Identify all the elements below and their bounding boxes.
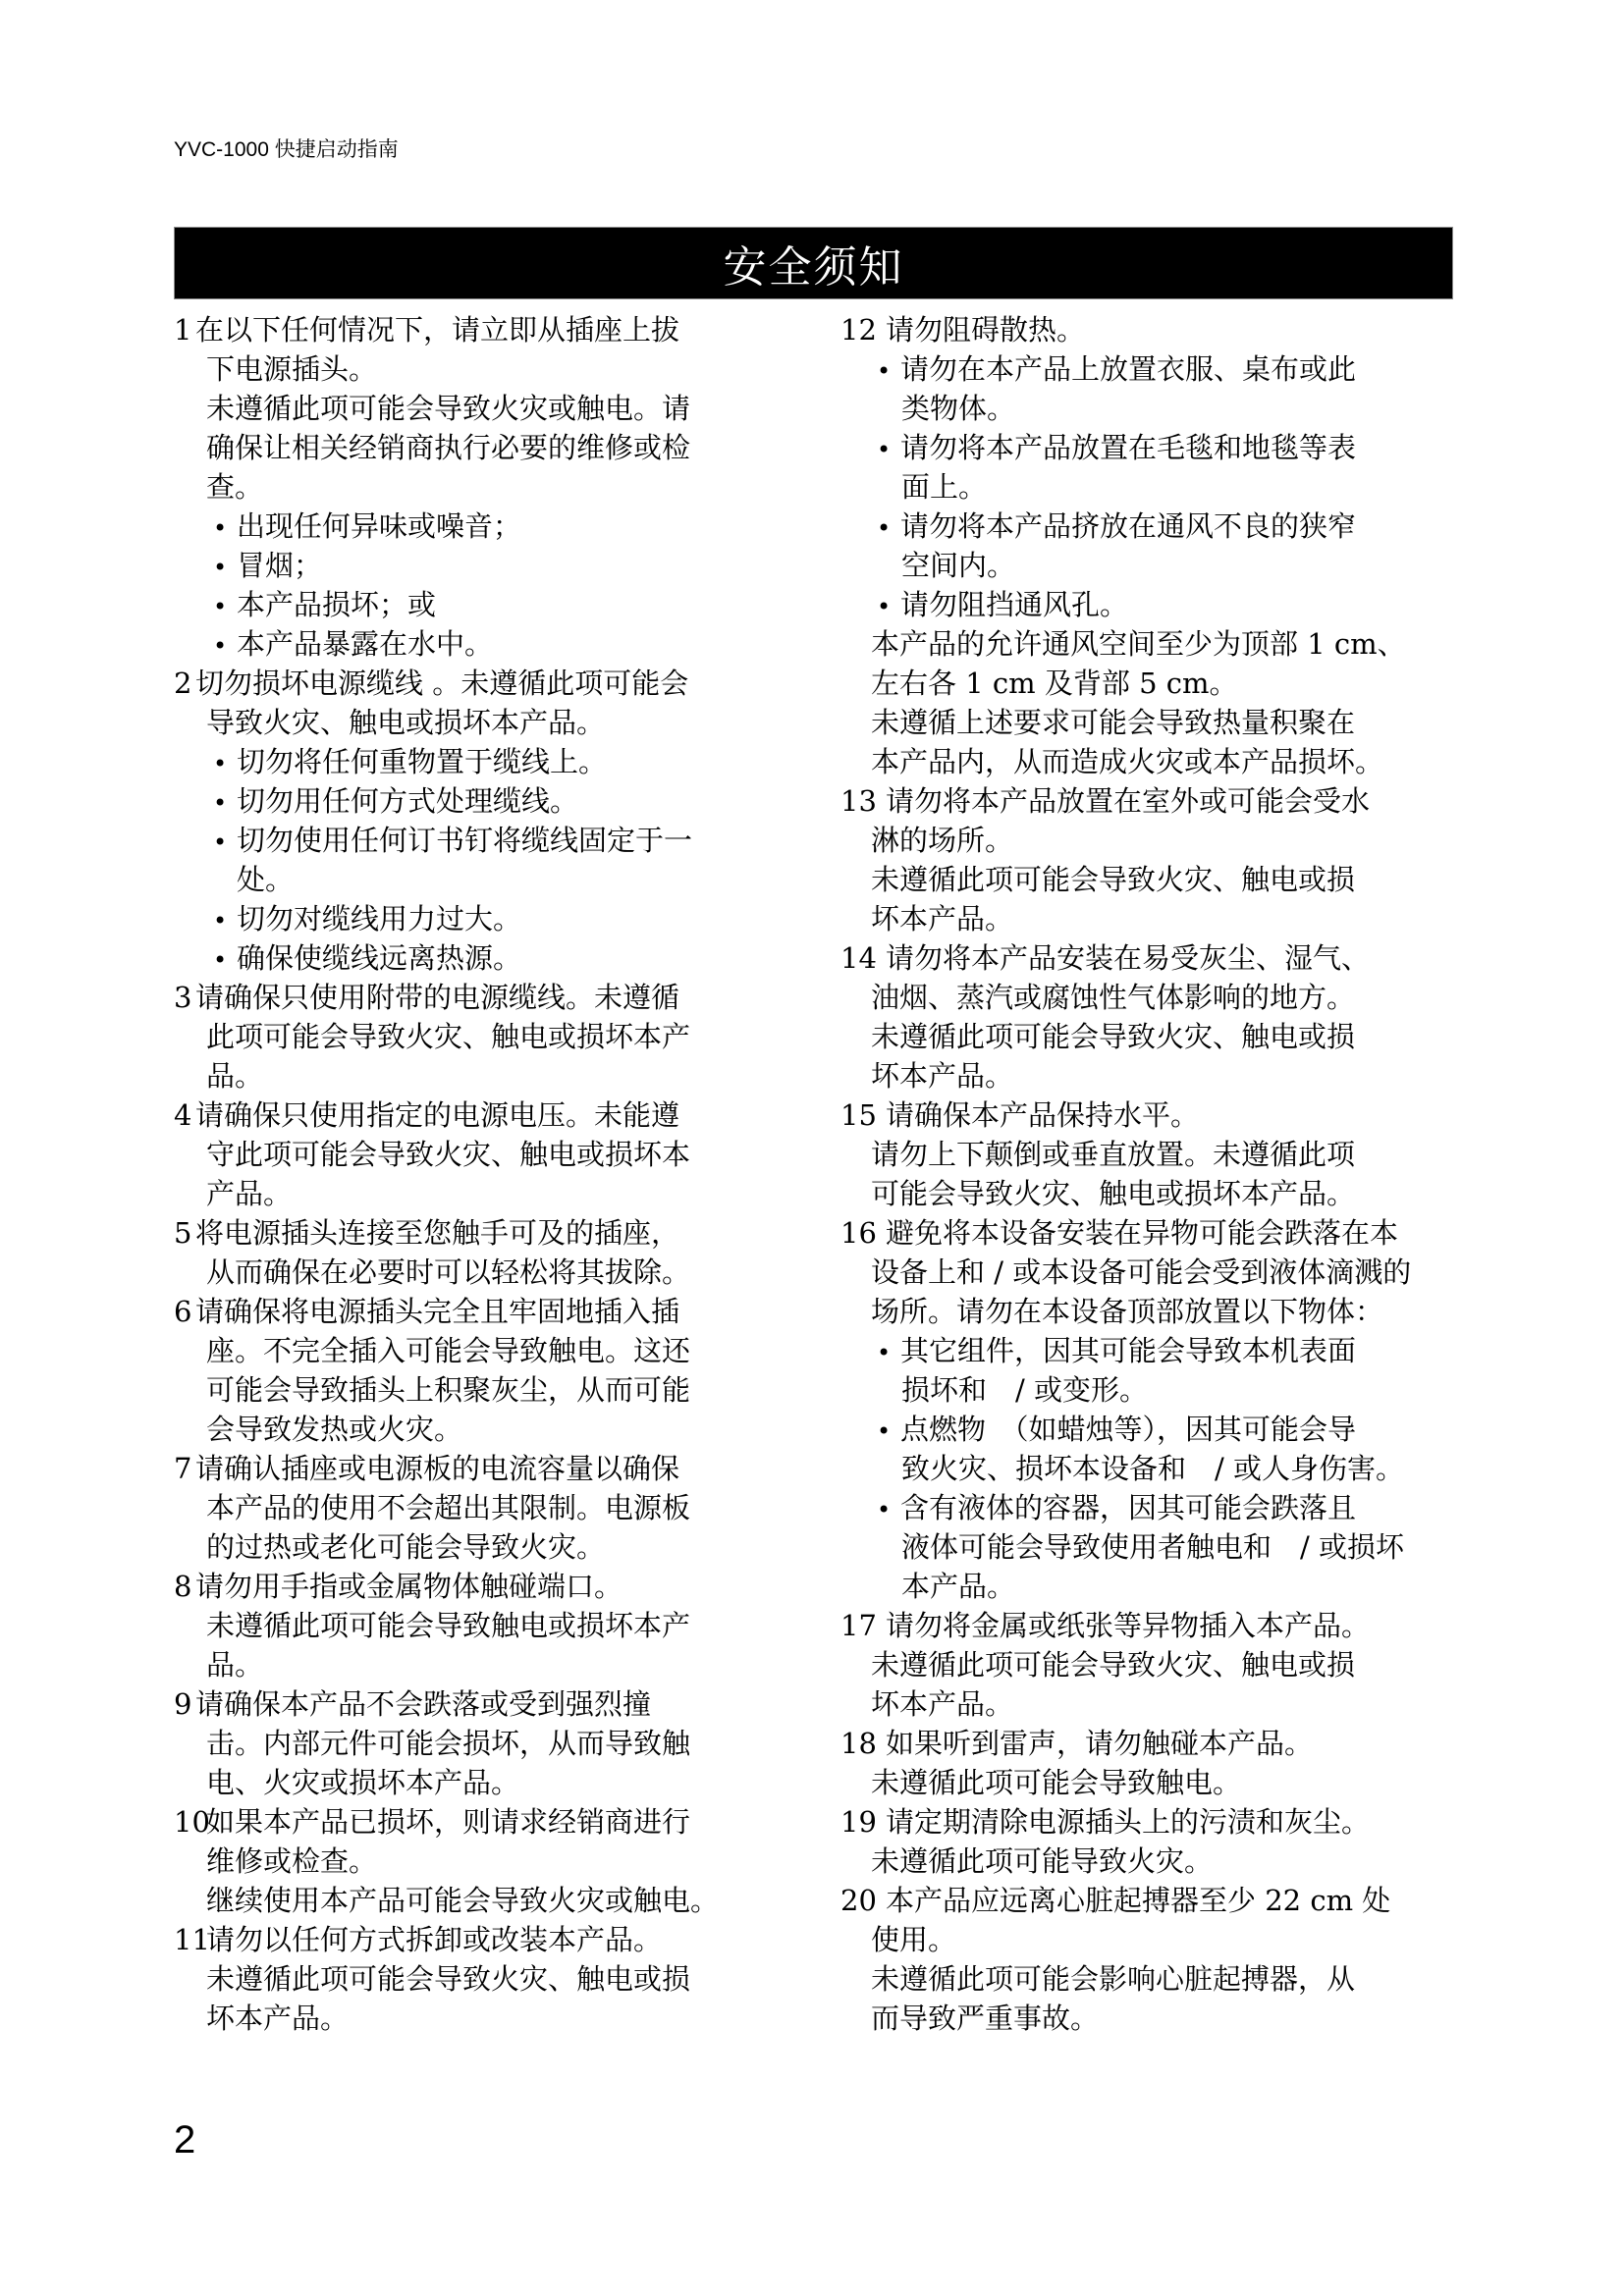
bullet-text: 类物体。 [901,392,1015,425]
bullet-item: 类物体。 [840,389,1489,428]
bullet-item: •点燃物 （如蜡烛等），因其可能会导 [840,1410,1489,1449]
safety-item: 18如果听到雷声，请勿触碰本产品。未遵循此项可能会导致触电。 [840,1724,1489,1802]
bullet-item: 处。 [174,860,802,899]
item-number: 11 [174,1920,206,1959]
item-text-continued: 守此项可能会导致火灾、触电或损坏本 [174,1135,802,1174]
item-text: 使用。 [871,1923,956,1956]
item-text-continued: 淋的场所。 [840,821,1489,860]
left-column: 1在以下任何情况下，请立即从插座上拔下电源插头。未遵循此项可能会导致火灾或触电。… [174,310,802,2038]
item-text: 守此项可能会导致火灾、触电或损坏本 [206,1138,690,1171]
item-text: 可能会导致插头上积聚灰尘，从而可能 [206,1373,690,1407]
item-first-line: 15请确保本产品保持水平。 [840,1095,1489,1135]
bullet-text: 面上。 [901,470,987,504]
item-text-continued: 油烟、蒸汽或腐蚀性气体影响的地方。 [840,978,1489,1017]
item-note: 坏本产品。 [840,1056,1489,1095]
item-first-line: 1在以下任何情况下，请立即从插座上拔 [174,310,802,349]
bullet-icon: • [213,626,237,666]
item-number: 8 [174,1567,195,1606]
item-first-line: 20本产品应远离心脏起搏器至少 22 cm 处 [840,1881,1489,1920]
item-note: 未遵循此项可能会导致火灾、触电或损 [840,1017,1489,1056]
bullet-text: 点燃物 （如蜡烛等），因其可能会导 [900,1413,1356,1446]
bullet-item: 损坏和 / 或变形。 [840,1370,1489,1410]
item-text: 请确保只使用指定的电源电压。未能遵 [195,1098,679,1132]
bullet-icon: • [213,940,237,980]
item-text: 会导致发热或火灾。 [206,1413,462,1446]
item-text-continued: 此项可能会导致火灾、触电或损坏本产 [174,1017,802,1056]
item-number: 19 [840,1802,886,1842]
item-text: 请确保将电源插头完全且牢固地插入插 [195,1295,679,1328]
item-text: 请勿用手指或金属物体触碰端口。 [195,1570,623,1603]
bullet-text: 液体可能会导致使用者触电和 / 或损坏 [901,1530,1404,1564]
bullet-text: 请勿阻挡通风孔。 [900,588,1128,621]
item-text: 产品。 [206,1177,292,1210]
bullet-icon: • [877,508,900,548]
item-first-line: 12请勿阻碍散热。 [840,310,1489,349]
bullet-item: •含有液体的容器，因其可能会跌落且 [840,1488,1489,1527]
item-note: 品。 [174,1645,802,1684]
safety-item: 12请勿阻碍散热。•请勿在本产品上放置衣服、桌布或此类物体。•请勿将本产品放置在… [840,310,1489,781]
safety-item: 5将电源插头连接至您触手可及的插座，从而确保在必要时可以轻松将其拔除。 [174,1213,802,1292]
bullet-text: 其它组件，因其可能会导致本机表面 [900,1334,1356,1367]
item-text: 避免将本设备安装在异物可能会跌落在本 [886,1216,1398,1250]
bullet-text: 确保使缆线远离热源。 [237,941,521,975]
item-number: 6 [174,1292,195,1331]
item-note: 未遵循此项可能会导致火灾、触电或损 [840,1645,1489,1684]
bullet-icon: • [877,351,900,391]
item-text: 此项可能会导致火灾、触电或损坏本产 [206,1020,690,1053]
safety-item: 6请确保将电源插头完全且牢固地插入插座。不完全插入可能会导致触电。这还可能会导致… [174,1292,802,1449]
item-first-line: 14请勿将本产品安装在易受灰尘、湿气、 [840,938,1489,978]
item-text: 请确认插座或电源板的电流容量以确保 [195,1452,679,1485]
safety-item: 20本产品应远离心脏起搏器至少 22 cm 处使用。未遵循此项可能会影响心脏起搏… [840,1881,1489,2038]
bullet-item: •切勿对缆线用力过大。 [174,899,802,938]
bullet-icon: • [213,783,237,823]
safety-item: 13请勿将本产品放置在室外或可能会受水淋的场所。未遵循此项可能会导致火灾、触电或… [840,781,1489,938]
bullet-item: •请勿将本产品放置在毛毯和地毯等表 [840,428,1489,467]
bullet-text: 切勿用任何方式处理缆线。 [237,784,578,818]
item-text: 维修或检查。 [206,1844,377,1878]
bullet-text: 处。 [237,863,294,896]
item-text-continued: 维修或检查。 [174,1842,802,1881]
bullet-text: 空间内。 [901,549,1015,582]
item-first-line: 17请勿将金属或纸张等异物插入本产品。 [840,1606,1489,1645]
item-text-continued: 的过热或老化可能会导致火灾。 [174,1527,802,1567]
item-text: 如果本产品已损坏，则请求经销商进行 [206,1805,690,1839]
bullet-icon: • [213,548,237,587]
item-text-continued: 击。内部元件可能会损坏，从而导致触 [174,1724,802,1763]
item-note: 未遵循此项可能会导致触电或损坏本产 [174,1606,802,1645]
item-text: 请勿将本产品放置在室外或可能会受水 [886,784,1370,818]
item-text-continued: 本产品的使用不会超出其限制。电源板 [174,1488,802,1527]
item-number: 16 [840,1213,886,1253]
bullet-item: 空间内。 [840,546,1489,585]
safety-item: 17请勿将金属或纸张等异物插入本产品。未遵循此项可能会导致火灾、触电或损坏本产品… [840,1606,1489,1724]
item-first-line: 11请勿以任何方式拆卸或改装本产品。 [174,1920,802,1959]
item-first-line: 8请勿用手指或金属物体触碰端口。 [174,1567,802,1606]
safety-item: 16避免将本设备安装在异物可能会跌落在本设备上和 / 或本设备可能会受到液体滴溅… [840,1213,1489,1606]
item-note: 继续使用本产品可能会导致火灾或触电。 [174,1881,802,1920]
item-number: 20 [840,1881,886,1920]
item-note: 未遵循此项可能会导致火灾或触电。请 [174,389,802,428]
item-text-continued: 使用。 [840,1920,1489,1959]
item-number: 2 [174,664,195,703]
safety-item: 3请确保只使用附带的电源缆线。未遵循此项可能会导致火灾、触电或损坏本产品。 [174,978,802,1095]
item-first-line: 2切勿损坏电源缆线 。未遵循此项可能会 [174,664,802,703]
item-text: 的过热或老化可能会导致火灾。 [206,1530,605,1564]
item-text: 油烟、蒸汽或腐蚀性气体影响的地方。 [871,981,1355,1014]
bullet-icon: • [213,508,237,548]
item-number: 4 [174,1095,195,1135]
item-number: 5 [174,1213,195,1253]
bullet-icon: • [877,1333,900,1372]
item-number: 18 [840,1724,886,1763]
item-number: 12 [840,310,886,349]
bullet-item: •请勿阻挡通风孔。 [840,585,1489,624]
item-first-line: 9请确保本产品不会跌落或受到强烈撞 [174,1684,802,1724]
item-note: 坏本产品。 [840,899,1489,938]
item-text: 导致火灾、触电或损坏本产品。 [206,706,605,739]
bullet-text: 请勿将本产品挤放在通风不良的狭窄 [900,509,1356,543]
item-first-line: 4请确保只使用指定的电源电压。未能遵 [174,1095,802,1135]
item-text: 本产品应远离心脏起搏器至少 22 cm 处 [886,1884,1390,1917]
bullet-text: 本产品暴露在水中。 [237,627,493,661]
safety-item: 7请确认插座或电源板的电流容量以确保本产品的使用不会超出其限制。电源板的过热或老… [174,1449,802,1567]
item-number: 17 [840,1606,886,1645]
item-text: 品。 [206,1059,263,1093]
section-title: 安全须知 [724,232,904,294]
item-text: 座。不完全插入可能会导致触电。这还 [206,1334,690,1367]
item-text: 请勿以任何方式拆卸或改装本产品。 [206,1923,662,1956]
bullet-item: 致火灾、损坏本设备和 / 或人身伤害。 [840,1449,1489,1488]
item-text-continued: 设备上和 / 或本设备可能会受到液体滴溅的 [840,1253,1489,1292]
item-number: 14 [840,938,886,978]
item-note: 左右各 1 cm 及背部 5 cm。 [840,664,1489,703]
item-note: 本产品内，从而造成火灾或本产品损坏。 [840,742,1489,781]
item-text: 请勿将金属或纸张等异物插入本产品。 [886,1609,1370,1642]
item-text-continued: 下电源插头。 [174,349,802,389]
item-text-continued: 座。不完全插入可能会导致触电。这还 [174,1331,802,1370]
bullet-item: 本产品。 [840,1567,1489,1606]
item-text-continued: 电、火灾或损坏本产品。 [174,1763,802,1802]
bullet-text: 请勿在本产品上放置衣服、桌布或此 [900,352,1356,386]
item-first-line: 6请确保将电源插头完全且牢固地插入插 [174,1292,802,1331]
bullet-icon: • [213,901,237,940]
item-number: 10 [174,1802,206,1842]
item-text: 场所。请勿在本设备顶部放置以下物体： [871,1295,1383,1328]
item-text-continued: 品。 [174,1056,802,1095]
safety-item: 1在以下任何情况下，请立即从插座上拔下电源插头。未遵循此项可能会导致火灾或触电。… [174,310,802,664]
item-text: 如果听到雷声，请勿触碰本产品。 [886,1727,1313,1760]
section-title-bar: 安全须知 [174,227,1453,299]
item-note: 未遵循此项可能导致火灾。 [840,1842,1489,1881]
item-text: 从而确保在必要时可以轻松将其拔除。 [206,1255,690,1289]
safety-item: 11请勿以任何方式拆卸或改装本产品。未遵循此项可能会导致火灾、触电或损坏本产品。 [174,1920,802,2038]
right-column: 12请勿阻碍散热。•请勿在本产品上放置衣服、桌布或此类物体。•请勿将本产品放置在… [840,310,1489,2038]
item-text: 击。内部元件可能会损坏，从而导致触 [206,1727,690,1760]
item-note: 未遵循此项可能会导致火灾、触电或损 [174,1959,802,1999]
item-text-continued: 会导致发热或火灾。 [174,1410,802,1449]
bullet-text: 损坏和 / 或变形。 [901,1373,1148,1407]
item-note: 可能会导致火灾、触电或损坏本产品。 [840,1174,1489,1213]
safety-item: 9请确保本产品不会跌落或受到强烈撞击。内部元件可能会损坏，从而导致触电、火灾或损… [174,1684,802,1802]
safety-item: 15请确保本产品保持水平。请勿上下颠倒或垂直放置。未遵循此项可能会导致火灾、触电… [840,1095,1489,1213]
bullet-item: •本产品暴露在水中。 [174,624,802,664]
bullet-item: •切勿用任何方式处理缆线。 [174,781,802,821]
item-text: 本产品的使用不会超出其限制。电源板 [206,1491,690,1524]
item-text: 淋的场所。 [871,824,1013,857]
item-first-line: 3请确保只使用附带的电源缆线。未遵循 [174,978,802,1017]
item-number: 3 [174,978,195,1017]
bullet-icon: • [877,430,900,469]
item-number: 7 [174,1449,195,1488]
bullet-text: 本产品。 [901,1570,1015,1603]
item-first-line: 7请确认插座或电源板的电流容量以确保 [174,1449,802,1488]
bullet-item: 液体可能会导致使用者触电和 / 或损坏 [840,1527,1489,1567]
item-note: 请勿上下颠倒或垂直放置。未遵循此项 [840,1135,1489,1174]
bullet-text: 切勿对缆线用力过大。 [237,902,521,935]
bullet-text: 致火灾、损坏本设备和 / 或人身伤害。 [901,1452,1404,1485]
item-text: 请勿阻碍散热。 [886,313,1085,347]
item-first-line: 13请勿将本产品放置在室外或可能会受水 [840,781,1489,821]
item-text-continued: 产品。 [174,1174,802,1213]
item-text: 请定期清除电源插头上的污渍和灰尘。 [886,1805,1370,1839]
item-note: 查。 [174,467,802,507]
bullet-icon: • [877,1490,900,1529]
item-number: 1 [174,310,195,349]
item-text: 切勿损坏电源缆线 。未遵循此项可能会 [195,667,688,700]
item-text: 请确保本产品保持水平。 [886,1098,1199,1132]
item-text: 请勿将本产品安装在易受灰尘、湿气、 [886,941,1370,975]
bullet-icon: • [213,744,237,783]
running-head: YVC-1000 快捷启动指南 [174,133,399,163]
item-note: 而导致严重事故。 [840,1999,1489,2038]
item-note: 未遵循上述要求可能会导致热量积聚在 [840,703,1489,742]
item-text: 设备上和 / 或本设备可能会受到液体滴溅的 [871,1255,1411,1289]
item-number: 13 [840,781,886,821]
bullet-icon: • [213,587,237,626]
safety-item: 4请确保只使用指定的电源电压。未能遵守此项可能会导致火灾、触电或损坏本产品。 [174,1095,802,1213]
item-note: 未遵循此项可能会导致触电。 [840,1763,1489,1802]
item-text-continued: 从而确保在必要时可以轻松将其拔除。 [174,1253,802,1292]
item-note: 未遵循此项可能会导致火灾、触电或损 [840,860,1489,899]
item-text: 下电源插头。 [206,352,377,386]
item-first-line: 16避免将本设备安装在异物可能会跌落在本 [840,1213,1489,1253]
bullet-item: •请勿在本产品上放置衣服、桌布或此 [840,349,1489,389]
bullet-item: •本产品损坏；或 [174,585,802,624]
bullet-text: 冒烟； [237,549,322,582]
item-text: 电、火灾或损坏本产品。 [206,1766,519,1799]
item-number: 9 [174,1684,195,1724]
bullet-item: •切勿使用任何订书钉将缆线固定于一 [174,821,802,860]
item-text-continued: 导致火灾、触电或损坏本产品。 [174,703,802,742]
item-first-line: 19请定期清除电源插头上的污渍和灰尘。 [840,1802,1489,1842]
bullet-text: 请勿将本产品放置在毛毯和地毯等表 [900,431,1356,464]
bullet-icon: • [877,1412,900,1451]
bullet-text: 含有液体的容器，因其可能会跌落且 [900,1491,1356,1524]
bullet-text: 出现任何异味或噪音； [237,509,521,543]
safety-item: 2切勿损坏电源缆线 。未遵循此项可能会导致火灾、触电或损坏本产品。•切勿将任何重… [174,664,802,978]
item-text: 在以下任何情况下，请立即从插座上拔 [195,313,679,347]
item-text-continued: 可能会导致插头上积聚灰尘，从而可能 [174,1370,802,1410]
item-text: 请确保本产品不会跌落或受到强烈撞 [195,1687,651,1721]
bullet-item: •其它组件，因其可能会导致本机表面 [840,1331,1489,1370]
item-text: 将电源插头连接至您触手可及的插座， [195,1216,679,1250]
item-note: 坏本产品。 [174,1999,802,2038]
safety-item: 19请定期清除电源插头上的污渍和灰尘。未遵循此项可能导致火灾。 [840,1802,1489,1881]
bullet-item: •切勿将任何重物置于缆线上。 [174,742,802,781]
bullet-item: •冒烟； [174,546,802,585]
item-first-line: 18如果听到雷声，请勿触碰本产品。 [840,1724,1489,1763]
item-first-line: 5将电源插头连接至您触手可及的插座， [174,1213,802,1253]
bullet-icon: • [213,823,237,862]
safety-item: 10如果本产品已损坏，则请求经销商进行维修或检查。继续使用本产品可能会导致火灾或… [174,1802,802,1920]
item-text-continued: 场所。请勿在本设备顶部放置以下物体： [840,1292,1489,1331]
safety-item: 8请勿用手指或金属物体触碰端口。未遵循此项可能会导致触电或损坏本产品。 [174,1567,802,1684]
bullet-text: 切勿将任何重物置于缆线上。 [237,745,607,778]
bullet-item: •确保使缆线远离热源。 [174,938,802,978]
item-number: 15 [840,1095,886,1135]
safety-item: 14请勿将本产品安装在易受灰尘、湿气、油烟、蒸汽或腐蚀性气体影响的地方。未遵循此… [840,938,1489,1095]
bullet-text: 本产品损坏；或 [237,588,436,621]
item-note: 确保让相关经销商执行必要的维修或检 [174,428,802,467]
bullet-icon: • [877,587,900,626]
bullet-item: 面上。 [840,467,1489,507]
bullet-item: •出现任何异味或噪音； [174,507,802,546]
bullet-item: •请勿将本产品挤放在通风不良的狭窄 [840,507,1489,546]
item-text: 请确保只使用附带的电源缆线。未遵循 [195,981,679,1014]
page-number: 2 [174,2118,195,2163]
item-note: 未遵循此项可能会影响心脏起搏器，从 [840,1959,1489,1999]
item-first-line: 10如果本产品已损坏，则请求经销商进行 [174,1802,802,1842]
item-note: 本产品的允许通风空间至少为顶部 1 cm、 [840,624,1489,664]
item-note: 坏本产品。 [840,1684,1489,1724]
bullet-text: 切勿使用任何订书钉将缆线固定于一 [237,824,692,857]
